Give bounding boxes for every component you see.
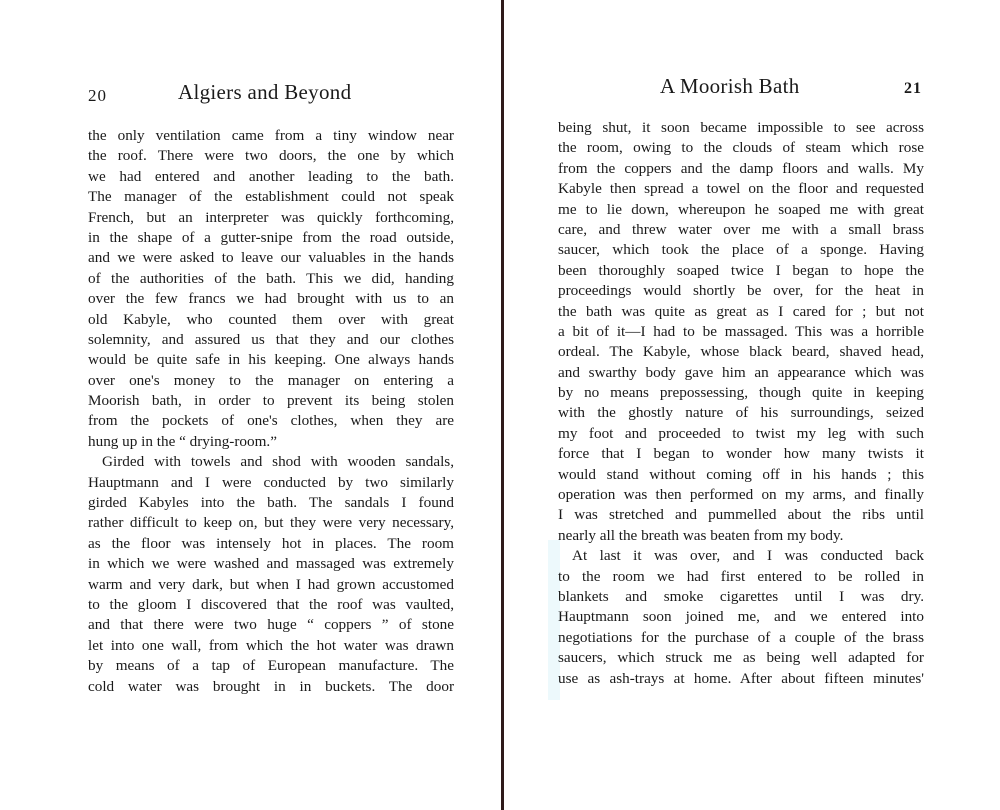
right-running-head: A Moorish Bath 21 bbox=[556, 74, 926, 104]
text-line: let into one wall, from which the hot wa… bbox=[88, 636, 454, 656]
text-line: care, and threw water over me with a sma… bbox=[558, 220, 924, 240]
text-line: rather difficult to keep on, but they we… bbox=[88, 513, 454, 533]
text-line: me to lie down, whereupon he soaped me w… bbox=[558, 200, 924, 220]
text-line: operation was then performed on my arms,… bbox=[558, 485, 924, 505]
text-line: to the gloom I discovered that the roof … bbox=[88, 595, 454, 615]
text-line: and swarthy body gave him an appearance … bbox=[558, 363, 924, 383]
text-line: force that I began to wonder how many tw… bbox=[558, 444, 924, 464]
text-line: and we were asked to leave our valuables… bbox=[88, 248, 454, 268]
text-line: over one's money to the manager on enter… bbox=[88, 371, 454, 391]
text-line: the only ventilation came from a tiny wi… bbox=[88, 126, 454, 146]
text-line: Kabyle then spread a towel on the floor … bbox=[558, 179, 924, 199]
text-line: the bath was quite as great as I cared f… bbox=[558, 302, 924, 322]
text-line: in the shape of a gutter-snipe from the … bbox=[88, 228, 454, 248]
text-line: proceedings would shortly be over, for t… bbox=[558, 281, 924, 301]
text-line: Hauptmann soon joined me, and we entered… bbox=[558, 607, 924, 627]
text-line: ordeal. The Kabyle, whose black beard, s… bbox=[558, 342, 924, 362]
right-body-text: being shut, it soon became impossible to… bbox=[558, 118, 924, 689]
text-line: by no means prepossessing, though quite … bbox=[558, 383, 924, 403]
text-line: and that there were two huge “ coppers ”… bbox=[88, 615, 454, 635]
text-line: blankets and smoke cigarettes until I wa… bbox=[558, 587, 924, 607]
text-line: I was stretched and pummelled about the … bbox=[558, 505, 924, 525]
text-line: with the ghostly nature of his surroundi… bbox=[558, 403, 924, 423]
book-spread: 20 Algiers and Beyond the only ventilati… bbox=[0, 0, 1000, 810]
running-title: Algiers and Beyond bbox=[178, 80, 351, 105]
text-line: Hauptmann and I were conducted by two si… bbox=[88, 473, 454, 493]
text-line: been thoroughly soaped twice I began to … bbox=[558, 261, 924, 281]
left-page: 20 Algiers and Beyond the only ventilati… bbox=[0, 0, 501, 810]
text-line: negotiations for the purchase of a coupl… bbox=[558, 628, 924, 648]
text-line: of the authorities of the bath. This we … bbox=[88, 269, 454, 289]
text-line: in which we were washed and massaged was… bbox=[88, 554, 454, 574]
paragraph-start-line: At last it was over, and I was conducted… bbox=[558, 546, 924, 566]
text-line: from the pockets of one's clothes, when … bbox=[88, 411, 454, 431]
page-number: 20 bbox=[88, 86, 107, 106]
text-line: over the few francs we had brought with … bbox=[88, 289, 454, 309]
text-line: cold water was brought in in buckets. Th… bbox=[88, 677, 454, 697]
text-line: warm and very dark, but when I had grown… bbox=[88, 575, 454, 595]
running-title: A Moorish Bath bbox=[660, 74, 800, 99]
left-running-head: 20 Algiers and Beyond bbox=[88, 80, 458, 110]
text-line: the roof. There were two doors, the one … bbox=[88, 146, 454, 166]
text-line: use as ash-trays at home. After about fi… bbox=[558, 669, 924, 689]
text-line: being shut, it soon became impossible to… bbox=[558, 118, 924, 138]
text-line: by means of a tap of European manufactur… bbox=[88, 656, 454, 676]
text-line: a bit of it—I had to be massaged. This w… bbox=[558, 322, 924, 342]
text-line: we had entered and another leading to th… bbox=[88, 167, 454, 187]
text-line: the room, owing to the clouds of steam w… bbox=[558, 138, 924, 158]
paragraph-start-line: Girded with towels and shod with wooden … bbox=[88, 452, 454, 472]
text-line: from the coppers and the damp floors and… bbox=[558, 159, 924, 179]
text-line: French, but an interpreter was quickly f… bbox=[88, 208, 454, 228]
text-line: Moorish bath, in order to prevent its be… bbox=[88, 391, 454, 411]
page-number: 21 bbox=[904, 80, 922, 98]
text-line: would be quite safe in his keeping. One … bbox=[88, 350, 454, 370]
text-line: saucers, which struck me as being well a… bbox=[558, 648, 924, 668]
text-line: The manager of the establishment could n… bbox=[88, 187, 454, 207]
left-body-text: the only ventilation came from a tiny wi… bbox=[88, 126, 454, 697]
paragraph-end-line: hung up in the “ drying-room.” bbox=[88, 432, 454, 452]
text-line: girded Kabyles into the bath. The sandal… bbox=[88, 493, 454, 513]
text-line: would stand without coming off in his ha… bbox=[558, 465, 924, 485]
text-line: to the room we had first entered to be r… bbox=[558, 567, 924, 587]
right-page: A Moorish Bath 21 being shut, it soon be… bbox=[504, 0, 1000, 810]
text-line: saucer, which took the place of a sponge… bbox=[558, 240, 924, 260]
text-line: as the floor was intensely hot in places… bbox=[88, 534, 454, 554]
paragraph-end-line: nearly all the breath was beaten from my… bbox=[558, 526, 924, 546]
text-line: my foot and proceeded to twist my leg wi… bbox=[558, 424, 924, 444]
text-line: old Kabyle, who counted them over with g… bbox=[88, 310, 454, 330]
text-line: solemnity, and assured us that they and … bbox=[88, 330, 454, 350]
